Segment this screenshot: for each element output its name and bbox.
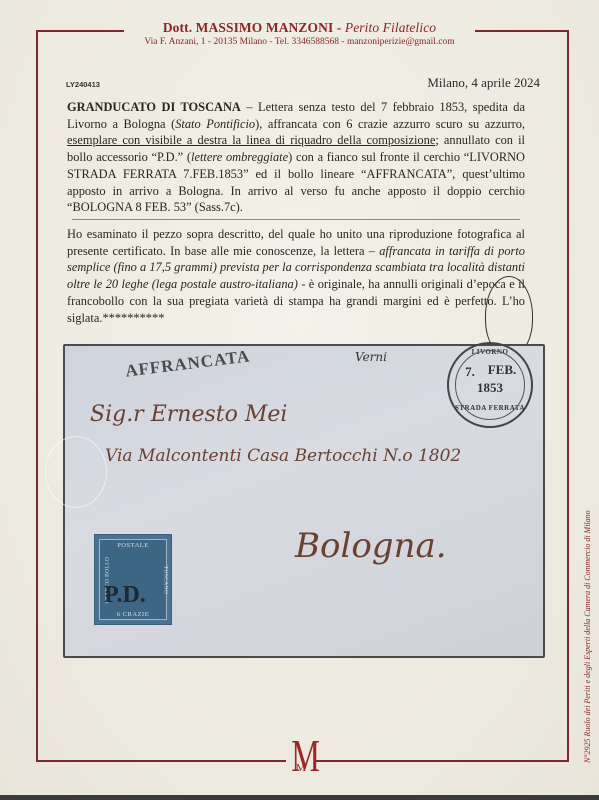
place-date: Milano, 4 aprile 2024: [427, 75, 540, 91]
tuscany-6-crazie-stamp: POSTALE FRANCO BOLLO TOSCANO P.D. 6 CRAZ…: [94, 534, 172, 625]
mm-monogram-logo: M M: [287, 735, 315, 780]
frame-border-left: [36, 30, 38, 762]
embossed-seal: [45, 436, 107, 508]
manuscript-note: Verni: [355, 350, 387, 364]
letterhead: Dott. MASSIMO MANZONI - Perito Filatelic…: [0, 20, 599, 47]
frame-border-right: [567, 30, 569, 762]
section-divider: [72, 219, 520, 220]
description-heading: GRANDUCATO DI TOSCANA: [67, 100, 241, 114]
scan-edge: [0, 795, 599, 800]
expert-name: Dott. MASSIMO MANZONI: [163, 20, 333, 35]
registry-note: N°2925 Ruolo dei Periti e degli Esperti …: [583, 510, 592, 763]
livorno-postmark: LIVORNO 7. FEB. 1853 STRADA FERRATA: [447, 342, 533, 428]
address-city: Bologna.: [295, 526, 447, 566]
pd-cancel: P.D.: [104, 582, 146, 609]
contact-address: Via F. Anzani, 1 - 20135 Milano - Tel. 3…: [0, 37, 599, 47]
expert-opinion: Ho esaminato il pezzo sopra descritto, d…: [67, 226, 525, 326]
expert-name-line: Dott. MASSIMO MANZONI - Perito Filatelic…: [0, 20, 599, 36]
envelope-photo: AFFRANCATA Verni Sig.r Ernesto Mei Via M…: [63, 344, 545, 658]
expert-title: Perito Filatelico: [345, 20, 436, 35]
address-street: Via Malcontenti Casa Bertocchi N.o 1802: [105, 446, 461, 466]
frame-border-bottom-right: [316, 760, 569, 762]
affrancata-linear-cancel: AFFRANCATA: [124, 346, 251, 381]
certificate-id: LY240413: [66, 80, 100, 89]
frame-border-bottom-left: [36, 760, 286, 762]
item-description: GRANDUCATO DI TOSCANA – Lettera senza te…: [67, 99, 525, 216]
address-recipient: Sig.r Ernesto Mei: [90, 402, 287, 427]
stamp-design: POSTALE FRANCO BOLLO TOSCANO P.D. 6 CRAZ…: [99, 539, 167, 620]
variety-note: esemplare con visibile a destra la linea…: [67, 133, 435, 147]
certificate-page: Dott. MASSIMO MANZONI - Perito Filatelic…: [0, 0, 599, 796]
